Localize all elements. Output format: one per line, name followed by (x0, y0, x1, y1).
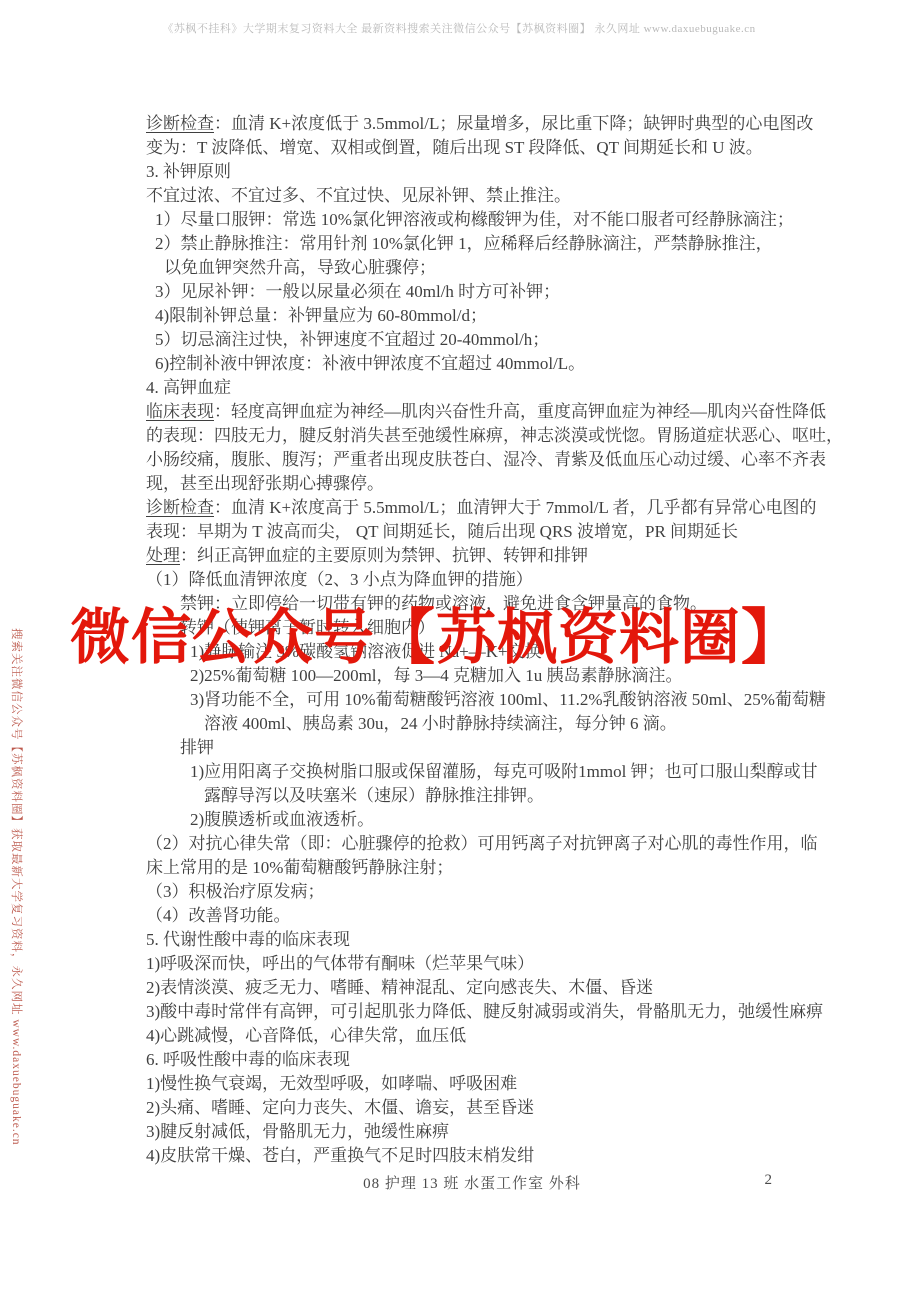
text-line: 3)肾功能不全，可用 10%葡萄糖酸钙溶液 100ml、11.2%乳酸钠溶液 5… (146, 688, 798, 712)
text-line: 1)应用阳离子交换树脂口服或保留灌肠，每克可吸附1mmol 钾；也可口服山梨醇或… (146, 760, 798, 784)
text-line: 溶液 400ml、胰岛素 30u，24 小时静脉持续滴注，每分钟 6 滴。 (146, 712, 798, 736)
text-line: 2)头痛、嗜睡、定向力丧失、木僵、谵妄，甚至昏迷 (146, 1096, 798, 1120)
text-line: （1）降低血清钾浓度（2、3 小点为降血钾的措施） (146, 568, 798, 592)
underlined-label: 处理 (146, 546, 180, 565)
text-line: 6)控制补液中钾浓度：补液中钾浓度不宜超过 40mmol/L。 (146, 352, 798, 376)
text-line: 1）尽量口服钾：常选 10%氯化钾溶液或枸橼酸钾为佳，对不能口服者可经静脉滴注； (146, 208, 798, 232)
text-line: 诊断检查：血清 K+浓度高于 5.5mmol/L；血清钾大于 7mmol/L 者… (146, 496, 798, 520)
underlined-label: 临床表现 (146, 402, 214, 421)
document-lines: 诊断检查：血清 K+浓度低于 3.5mmol/L；尿量增多，尿比重下降；缺钾时典… (146, 112, 798, 1168)
text-line: 2）禁止静脉推注：常用针剂 10%氯化钾 1，应稀释后经静脉滴注，严禁静脉推注， (146, 232, 798, 256)
text-line: 的表现：四肢无力，腱反射消失甚至弛缓性麻痹，神志淡漠或恍惚。胃肠道症状恶心、呕吐… (146, 424, 798, 448)
underlined-label: 诊断检查 (146, 114, 214, 133)
vertical-watermark-text: 搜索关注微信公众号【苏枫资料圈】获取最新大学复习资料，永久网址 www.daxu… (9, 628, 25, 1146)
text-line: 处理：纠正高钾血症的主要原则为禁钾、抗钾、转钾和排钾 (146, 544, 798, 568)
text-line: 小肠绞痛，腹胀、腹泻；严重者出现皮肤苍白、湿冷、青紫及低血压心动过缓、心率不齐表 (146, 448, 798, 472)
text-line: 表现：早期为 T 波高而尖， QT 间期延长，随后出现 QRS 波增宽，PR 间… (146, 520, 798, 544)
text-line: 诊断检查：血清 K+浓度低于 3.5mmol/L；尿量增多，尿比重下降；缺钾时典… (146, 112, 798, 136)
text-line: 4)心跳减慢，心音降低，心律失常，血压低 (146, 1024, 798, 1048)
text-line: （4）改善肾功能。 (146, 904, 798, 928)
text-line: 2)25%葡萄糖 100—200ml，每 3—4 克糖加入 1u 胰岛素静脉滴注… (146, 664, 798, 688)
text-line: 4. 高钾血症 (146, 376, 798, 400)
text-line: 3）见尿补钾：一般以尿量必须在 40ml/h 时方可补钾； (146, 280, 798, 304)
text-line: 1)慢性换气衰竭，无效型呼吸，如哮喘、呼吸困难 (146, 1072, 798, 1096)
text-line: 露醇导泻以及呋塞米（速尿）静脉推注排钾。 (146, 784, 798, 808)
text-line: 2)腹膜透析或血液透析。 (146, 808, 798, 832)
text-line: 1)静脉输注 5%碳酸氢钠溶液促进 Na+—K+交换 (146, 640, 798, 664)
text-line: 以免血钾突然升高，导致心脏骤停； (146, 256, 798, 280)
text-line: 禁钾：立即停给一切带有钾的药物或溶液，避免进食含钾量高的食物。 (146, 592, 798, 616)
text-line: （2）对抗心律失常（即：心脏骤停的抢救）可用钙离子对抗钾离子对心肌的毒性作用，临 (146, 832, 798, 856)
text-line: 6. 呼吸性酸中毒的临床表现 (146, 1048, 798, 1072)
text-line: 2)表情淡漠、疲乏无力、嗜睡、精神混乱、定向感丧失、木僵、昏迷 (146, 976, 798, 1000)
page-footer: 08 护理 13 班 水蛋工作室 外科 2 (146, 1172, 798, 1193)
text-line: 变为：T 波降低、增宽、双相或倒置，随后出现 ST 段降低、QT 间期延长和 U… (146, 136, 798, 160)
text-line: 不宜过浓、不宜过多、不宜过快、见尿补钾、禁止推注。 (146, 184, 798, 208)
text-line: 排钾 (146, 736, 798, 760)
page-number: 2 (765, 1172, 773, 1189)
text-line: 床上常用的是 10%葡萄糖酸钙静脉注射； (146, 856, 798, 880)
document-page: { "page": { "header": "《苏枫不挂科》大学期末复习资料大全… (0, 0, 918, 1298)
text-line: （3）积极治疗原发病； (146, 880, 798, 904)
text-line: 3)酸中毒时常伴有高钾，可引起肌张力降低、腱反射减弱或消失，骨骼肌无力，弛缓性麻… (146, 1000, 798, 1024)
text-line: 现，甚至出现舒张期心搏骤停。 (146, 472, 798, 496)
text-line: 4)皮肤常干燥、苍白，严重换气不足时四肢末梢发绀 (146, 1144, 798, 1168)
text-line: 4)限制补钾总量：补钾量应为 60-80mmol/d； (146, 304, 798, 328)
text-line: 转钾（使钾离子暂时转入细胞内） (146, 616, 798, 640)
page-header-text: 《苏枫不挂科》大学期末复习资料大全 最新资料搜索关注微信公众号【苏枫资料圈】 永… (0, 20, 918, 36)
underlined-label: 诊断检查 (146, 498, 214, 517)
text-line: 临床表现：轻度高钾血症为神经—肌肉兴奋性升高，重度高钾血症为神经—肌肉兴奋性降低 (146, 400, 798, 424)
text-line: 1)呼吸深而快，呼出的气体带有酮味（烂苹果气味） (146, 952, 798, 976)
text-line: 5. 代谢性酸中毒的临床表现 (146, 928, 798, 952)
text-line: 3. 补钾原则 (146, 160, 798, 184)
text-line: 3)腱反射减低，骨骼肌无力，弛缓性麻痹 (146, 1120, 798, 1144)
footer-text: 08 护理 13 班 水蛋工作室 外科 (146, 1172, 798, 1193)
text-line: 5）切忌滴注过快，补钾速度不宜超过 20-40mmol/h； (146, 328, 798, 352)
